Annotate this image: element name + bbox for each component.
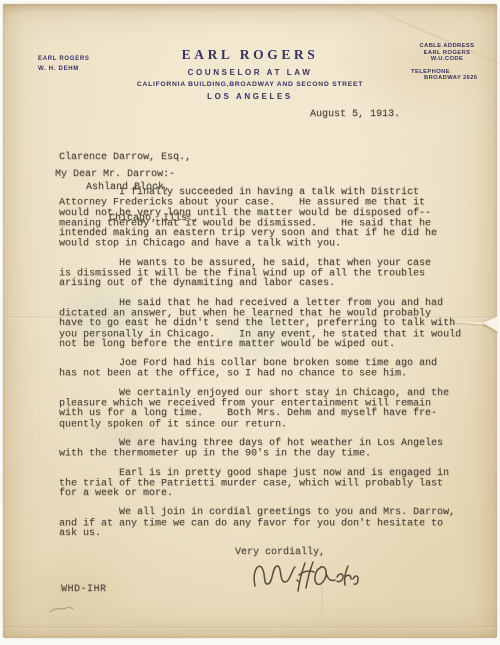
paragraph: Earl is in pretty good shape just now an… (59, 469, 461, 500)
letter-line: Attorney Fredericks about your case. He … (59, 199, 461, 209)
cable-address-code: W.U.CODE (411, 56, 483, 63)
letter-line: you personally in Chicago. In any event,… (59, 330, 461, 340)
letter-line: ask us. (59, 529, 461, 539)
telephone-number: BROADWAY 2626 (411, 75, 483, 82)
letter-paper: EARL ROGERS W. H. DEHM EARL ROGERS COUNS… (3, 4, 497, 638)
letter-line: is dismissed it will be the final wind u… (59, 269, 461, 279)
typist-initials: WHD-IHR (61, 584, 107, 595)
letter-line: pleasure which we received from your ent… (59, 399, 461, 409)
letter-line: the trial of the Patrietti murder case, … (59, 479, 461, 489)
letter-body: I finally succeeded in having a talk wit… (59, 188, 461, 548)
paragraph: He wants to be assured, he said, that wh… (59, 259, 461, 290)
paragraph: We certainly enjoyed our short stay in C… (59, 389, 461, 430)
pencil-mark (47, 602, 77, 621)
edge-tear-flap (483, 316, 498, 332)
letter-line: and if at any time we can do any favor f… (59, 519, 461, 529)
letter-line: has not been at the office, so I had no … (59, 370, 461, 380)
letter-date: August 5, 1913. (310, 109, 400, 120)
paragraph: He said that he had received a letter fr… (59, 299, 461, 350)
paragraph: We are having three days of hot weather … (59, 439, 461, 460)
cable-address-label: CABLE ADDRESS (411, 43, 483, 50)
paragraph: Joe Ford had his collar bone broken some… (59, 359, 461, 380)
letter-line: would stop in Chicago and have a talk wi… (59, 240, 461, 250)
letter-line: for a week or more. (59, 489, 461, 499)
recipient-name: Clarence Darrow, Esq., (59, 153, 199, 163)
firm-address: CALIFORNIA BUILDING,BROADWAY AND SECOND … (3, 81, 497, 88)
letter-line: not be long before the entire matter wou… (59, 340, 461, 350)
paragraph: I finally succeeded in having a talk wit… (59, 188, 461, 250)
firm-city: LOS ANGELES (3, 92, 497, 101)
letterhead-contact: CABLE ADDRESS EARL ROGERS W.U.CODE TELEP… (411, 43, 483, 82)
signature-handwriting (250, 555, 360, 606)
fold-crease (3, 626, 497, 629)
scanned-letter-page: EARL ROGERS W. H. DEHM EARL ROGERS COUNS… (0, 0, 500, 645)
letter-line: with the thermometer up in the 90's in t… (59, 450, 461, 460)
letter-line: dictated an answer, but when he learned … (59, 309, 461, 319)
letter-line: quently spoken of it since our return. (59, 420, 461, 430)
paragraph: We all join in cordial greetings to you … (59, 508, 461, 539)
letter-line: arising out of the dynamiting and labor … (59, 279, 461, 289)
salutation: My Dear Mr. Darrow:- (55, 169, 175, 180)
letter-line: meaning thereby that it would be dismiss… (59, 219, 461, 229)
